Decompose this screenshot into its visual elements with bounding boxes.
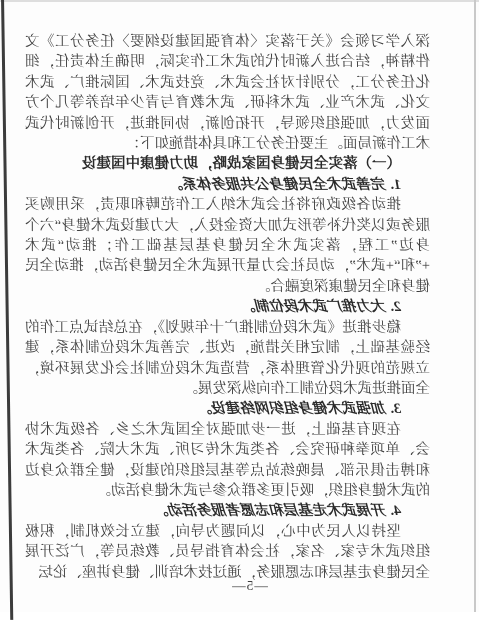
scan-edge-top bbox=[0, 0, 479, 2]
subsection-heading: 4. 开展武术走基层和志愿者服务活动。 bbox=[25, 501, 430, 521]
paragraph: 深入学习领会《关于落实〈体育强国建设纲要〉任务分工》文件精神，结合进入新时代的武… bbox=[25, 32, 430, 154]
paragraph: 稳步推进《武术段位制推广十年规划》，在总结试点工作的经验基础上，制定相关措施，改… bbox=[25, 318, 430, 400]
section-heading: （一）落实全民健身国家战略，助力健康中国建设 bbox=[25, 154, 430, 174]
subsection-heading: 3. 加强武术健身组织网络建设。 bbox=[25, 399, 430, 419]
paragraph: 在现有基础上，进一步加强对全国武术之乡、各级武术协会、单项拳种研究会、各类武术传… bbox=[25, 420, 430, 502]
document-text-block: 深入学习领会《关于落实〈体育强国建设纲要〉任务分工》文件精神，结合进入新时代的武… bbox=[25, 32, 430, 583]
subsection-heading: 2. 大力推广武术段位制。 bbox=[25, 297, 430, 317]
scan-edge-left bbox=[1, 0, 13, 612]
scanned-document-page: 深入学习领会《关于落实〈体育强国建设纲要〉任务分工》文件精神，结合进入新时代的武… bbox=[0, 0, 479, 612]
page-number: —5— bbox=[47, 578, 452, 594]
paragraph: 坚持以人民为中心，以问题为导向，建立长效机制，积极组织武术专家、名家，社会体育指… bbox=[25, 522, 430, 583]
paragraph: 推动各级政府将社会武术纳入工作范畴和职责，采用购买服务或以奖代补等形式加大资金投… bbox=[25, 195, 430, 297]
mirrored-page-content: 深入学习领会《关于落实〈体育强国建设纲要〉任务分工》文件精神，结合进入新时代的武… bbox=[25, 32, 430, 598]
scan-edge-right bbox=[474, 0, 476, 612]
subsection-heading: 1. 完善武术全民健身公共服务体系。 bbox=[25, 175, 430, 195]
